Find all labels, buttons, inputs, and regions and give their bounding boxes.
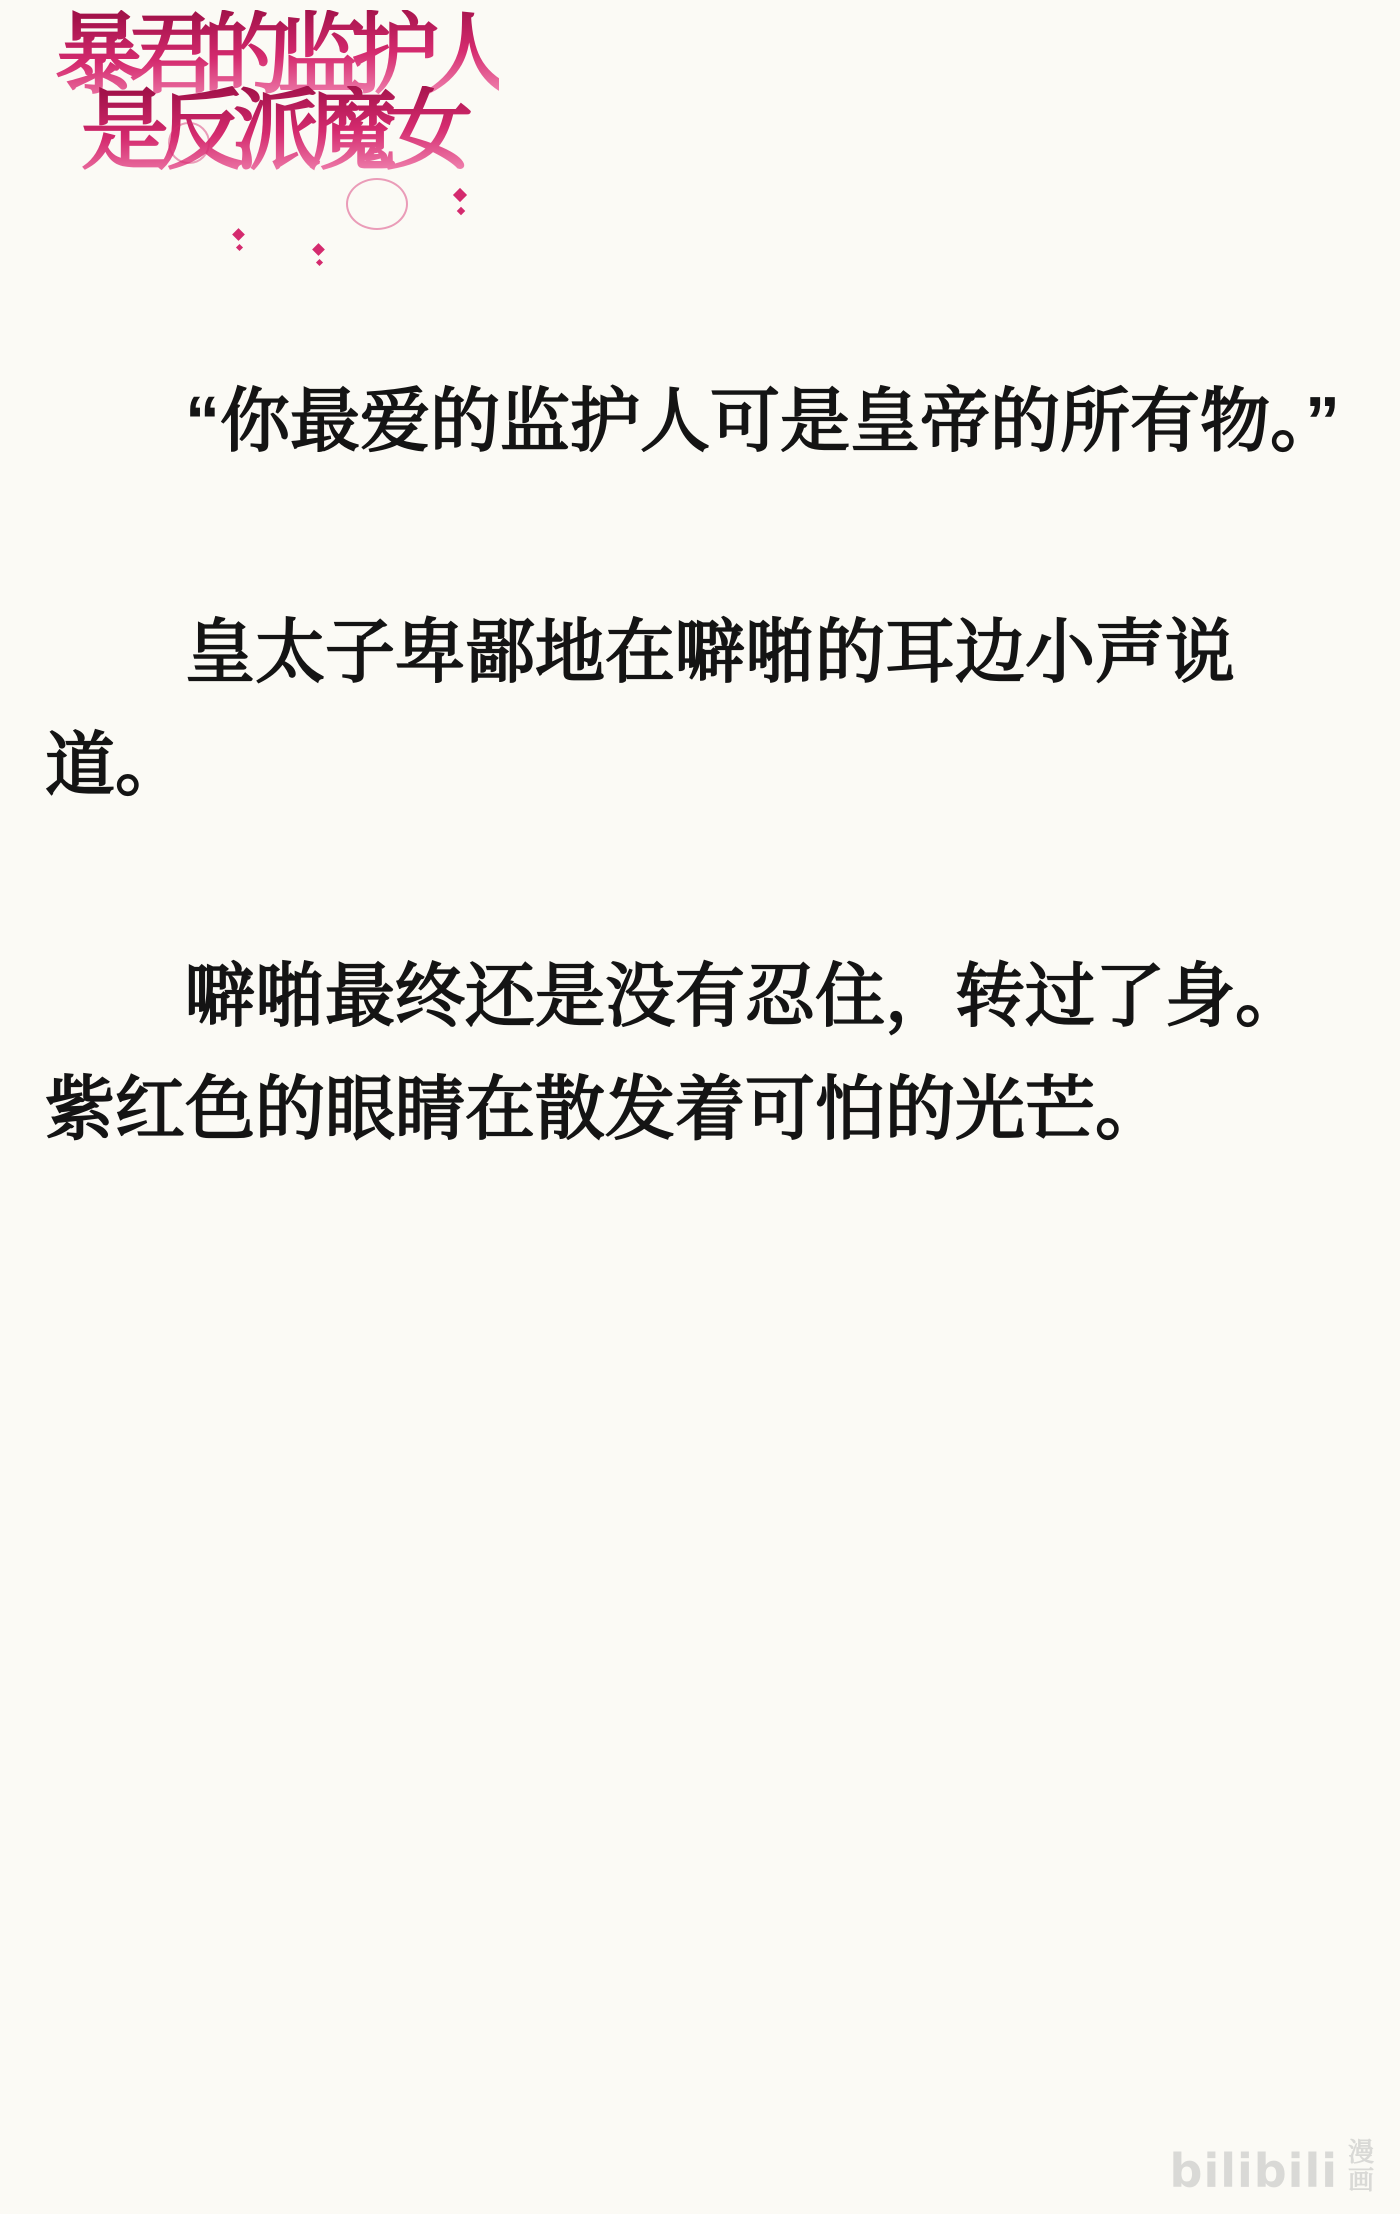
logo-ornament-circle [346, 178, 408, 230]
logo-ornament-diamond [316, 259, 323, 266]
logo-ornament-diamond [232, 228, 245, 241]
logo-ornament-diamond [453, 188, 467, 202]
manga-label-top: 漫 [1348, 2139, 1374, 2166]
bilibili-logo-text: bilibili [1170, 2148, 1338, 2194]
story-paragraph-narration-1: 皇太子卑鄙地在噼啪的耳边小声说道。 [45, 596, 1355, 822]
logo-ornament-diamond [236, 244, 243, 251]
manga-label: 漫 画 [1348, 2139, 1374, 2194]
page: 暴君的监护人 是反派魔女 “你最爱的监护人可是皇帝的所有物。” 皇太子卑鄙地在噼… [0, 0, 1400, 2214]
manga-label-bottom: 画 [1348, 2167, 1374, 2194]
logo-ornament-diamond [457, 207, 465, 215]
story-paragraph-quote: “你最爱的监护人可是皇帝的所有物。” [45, 365, 1355, 478]
logo-title-line-2: 是反派魔女 [81, 86, 499, 174]
story-text: “你最爱的监护人可是皇帝的所有物。” 皇太子卑鄙地在噼啪的耳边小声说道。 噼啪最… [45, 365, 1355, 1284]
series-logo: 暴君的监护人 是反派魔女 [55, 10, 499, 174]
logo-ornament-diamond [312, 243, 325, 256]
bilibili-manga-watermark: bilibili 漫 画 [1170, 2139, 1374, 2194]
logo-ornament-circle [168, 122, 210, 164]
story-paragraph-narration-2: 噼啪最终还是没有忍住，转过了身。紫红色的眼睛在散发着可怕的光芒。 [45, 940, 1355, 1166]
